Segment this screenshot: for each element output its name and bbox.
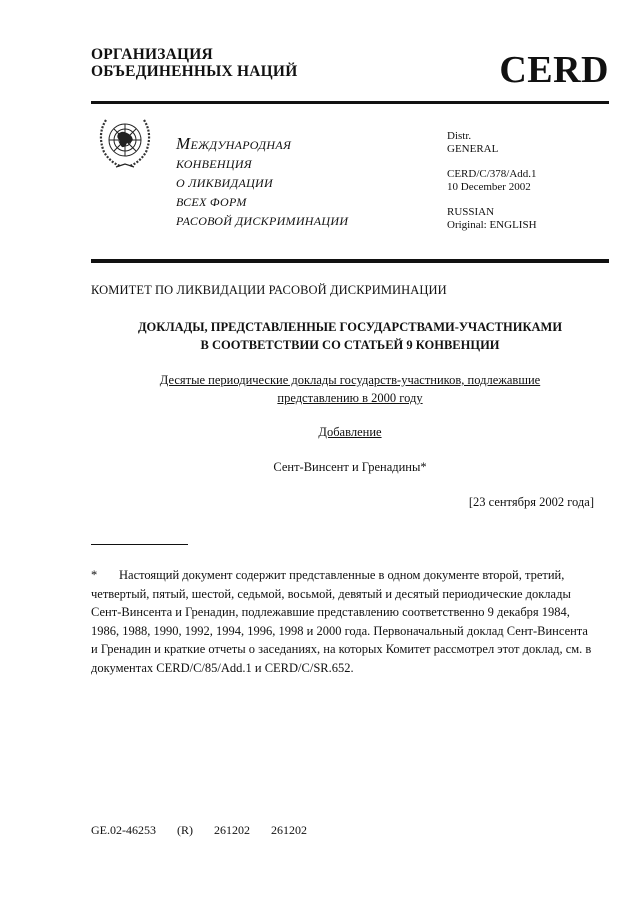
subtitle-line-2: представлению в 2000 году	[91, 389, 609, 407]
un-emblem-icon	[94, 112, 156, 172]
language-code: (R)	[177, 823, 193, 837]
submission-date: [23 сентября 2002 года]	[469, 495, 594, 510]
convention-line-3: О ЛИКВИДАЦИИ	[176, 174, 348, 193]
heading-line-2: В СООТВЕТСТВИИ СО СТАТЬЕЙ 9 КОНВЕНЦИИ	[91, 336, 609, 354]
original-language: Original: ENGLISH	[447, 219, 537, 232]
footnote-separator	[91, 544, 188, 545]
document-date: 10 December 2002	[447, 181, 537, 194]
footer-date-1: 261202	[214, 823, 250, 837]
header-rule	[91, 101, 609, 104]
document-language: RUSSIAN	[447, 206, 537, 219]
organization-name: ОРГАНИЗАЦИЯ ОБЪЕДИНЕННЫХ НАЦИЙ	[91, 46, 297, 80]
organization-line-1: ОРГАНИЗАЦИЯ	[91, 46, 297, 63]
footnote-text: Настоящий документ содержит представленн…	[91, 568, 591, 675]
addendum-label: Добавление	[91, 425, 609, 440]
convention-line-1: МЕЖДУНАРОДНАЯ	[176, 134, 348, 155]
country-name: Сент-Винсент и Гренадины*	[91, 460, 609, 475]
convention-line-4: ВСЕХ ФОРМ	[176, 193, 348, 212]
distribution-value: GENERAL	[447, 143, 537, 156]
convention-line-2: КОНВЕНЦИЯ	[176, 155, 348, 174]
footer-date-2: 261202	[271, 823, 307, 837]
document-job-number: GE.02-46253 (R) 261202 261202	[91, 823, 325, 838]
convention-line-5: РАСОВОЙ ДИСКРИМИНАЦИИ	[176, 212, 348, 231]
job-number: GE.02-46253	[91, 823, 156, 837]
document-metadata: Distr. GENERAL CERD/C/378/Add.1 10 Decem…	[447, 130, 537, 231]
distribution-label: Distr.	[447, 130, 537, 143]
footnote-marker: *	[91, 566, 119, 585]
document-subtitle: Десятые периодические доклады государств…	[91, 371, 609, 407]
heading-line-1: ДОКЛАДЫ, ПРЕДСТАВЛЕННЫЕ ГОСУДАРСТВАМИ-УЧ…	[91, 318, 609, 336]
footnote: *Настоящий документ содержит представлен…	[91, 566, 596, 678]
organization-line-2: ОБЪЕДИНЕННЫХ НАЦИЙ	[91, 63, 297, 80]
committee-name: КОМИТЕТ ПО ЛИКВИДАЦИИ РАСОВОЙ ДИСКРИМИНА…	[91, 283, 447, 298]
document-heading: ДОКЛАДЫ, ПРЕДСТАВЛЕННЫЕ ГОСУДАРСТВАМИ-УЧ…	[91, 318, 609, 354]
subtitle-line-1: Десятые периодические доклады государств…	[91, 371, 609, 389]
convention-title: МЕЖДУНАРОДНАЯ КОНВЕНЦИЯ О ЛИКВИДАЦИИ ВСЕ…	[176, 134, 348, 231]
section-rule	[91, 259, 609, 263]
document-series-symbol: CERD	[499, 50, 609, 90]
document-symbol: CERD/C/378/Add.1	[447, 168, 537, 181]
